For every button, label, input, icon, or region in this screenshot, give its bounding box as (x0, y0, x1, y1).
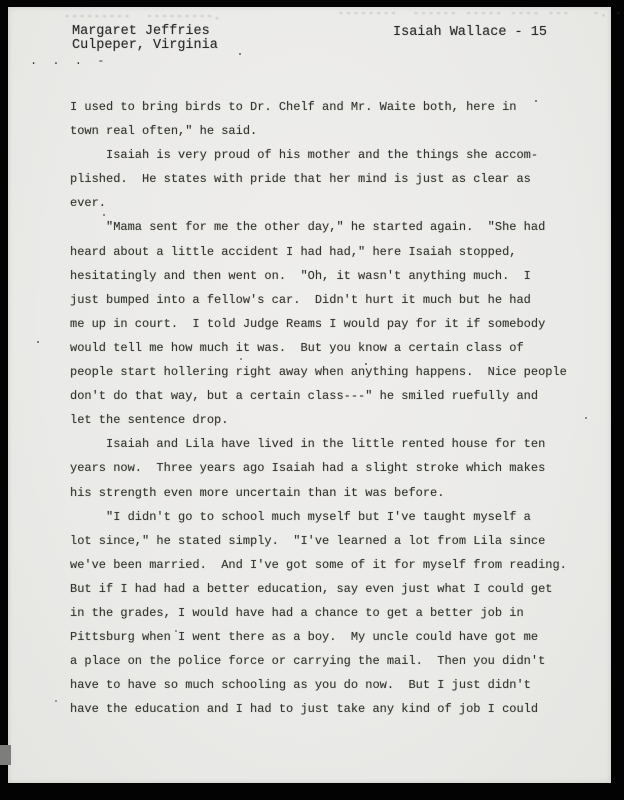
author-name: Margaret Jeffries (72, 24, 210, 39)
running-head-page-label: Isaiah Wallace - 15 (393, 25, 547, 40)
ghost-text-top-left: --------- ---------. (64, 12, 222, 23)
margin-marks: . . . - (30, 54, 108, 68)
document-page: --------- ---------. -------- ------ ---… (8, 7, 611, 783)
scan-noise-specks (535, 100, 537, 102)
scan-background: --------- ---------. -------- ------ ---… (0, 0, 624, 800)
author-location: Culpeper, Virginia (72, 38, 218, 53)
typewritten-body-text: I used to bring birds to Dr. Chelf and M… (70, 95, 567, 721)
scan-smudge-bottom-left (0, 745, 11, 765)
ghost-text-top-right: -------- ------ ----- ---- --- -. --- (338, 9, 624, 20)
